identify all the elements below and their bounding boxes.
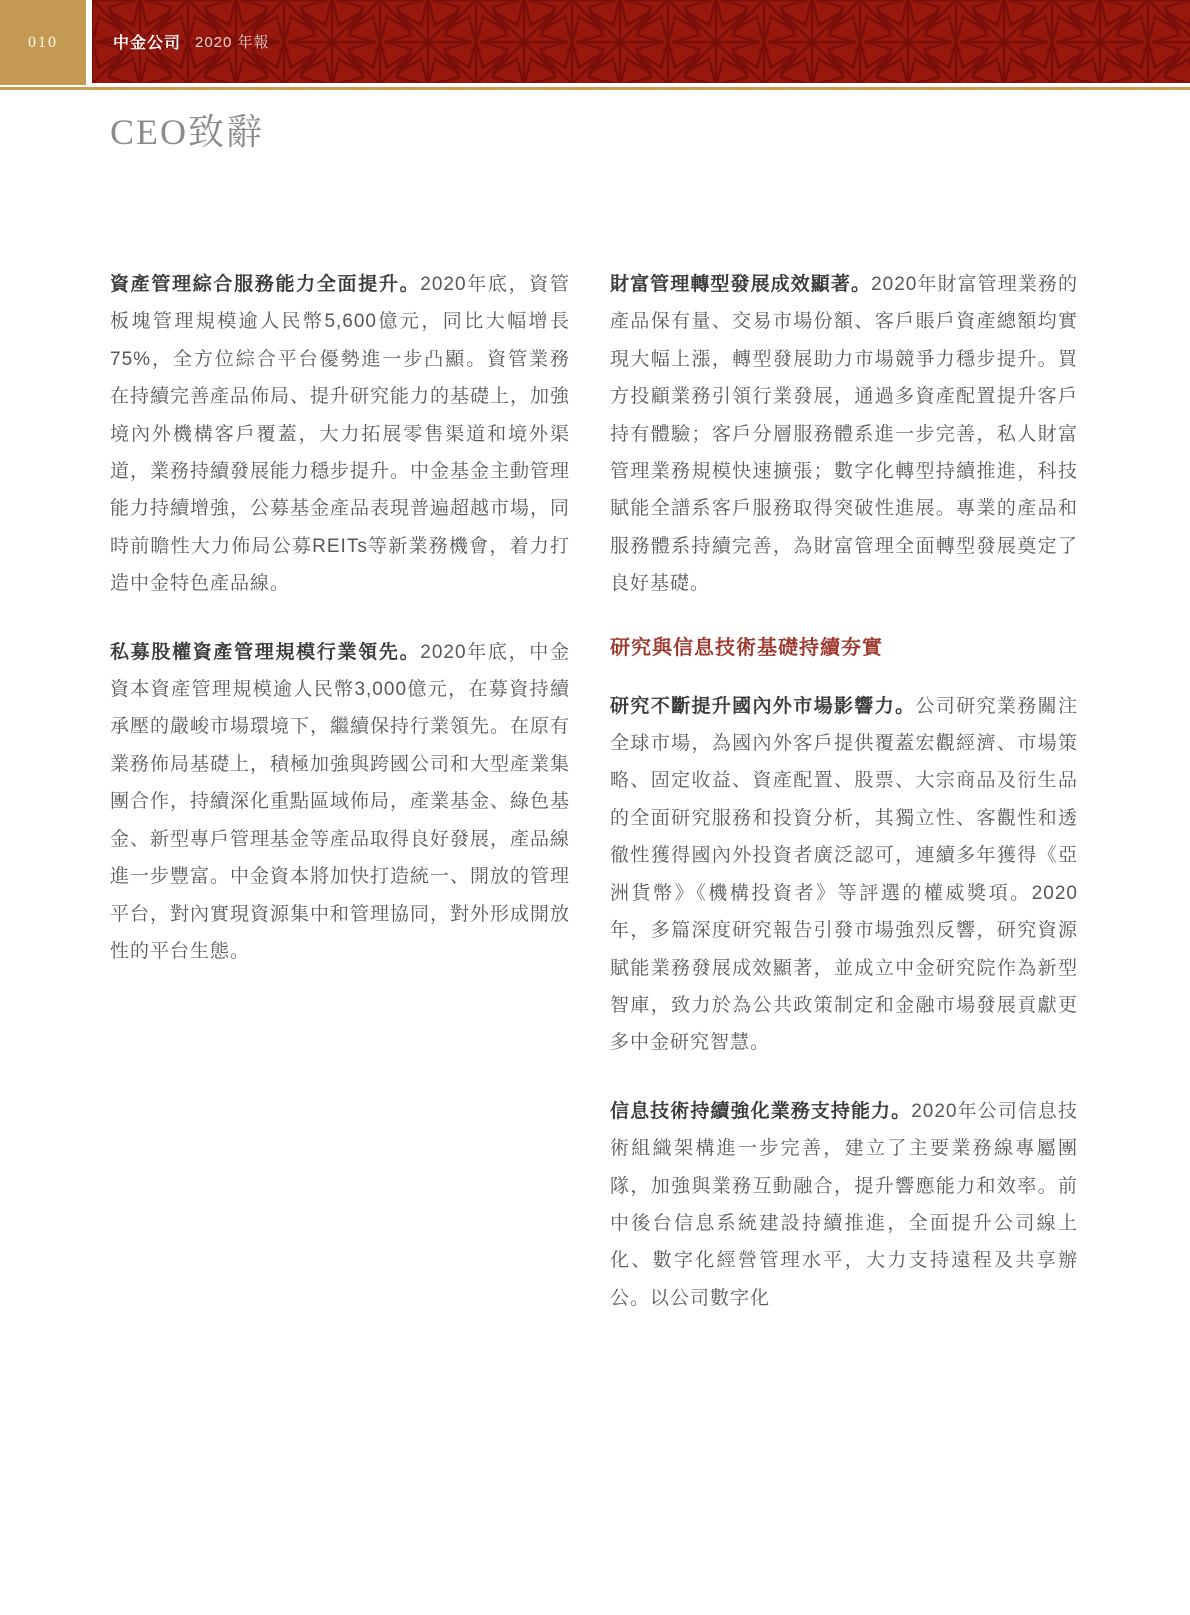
paragraph-body: 公司研究業務關注全球市場，為國內外客戶提供覆蓋宏觀經濟、市場策略、固定收益、資產… — [610, 696, 1078, 1054]
paragraph-body: 2020年底，中金資本資產管理規模逾人民幣3,000億元，在募資持續承壓的嚴峻市… — [110, 642, 570, 962]
header-banner: 中金公司 2020 年報 — [92, 0, 1190, 83]
left-column: 資產管理綜合服務能力全面提升。2020年底，資管板塊管理規模逾人民幣5,600億… — [110, 266, 570, 970]
page-title: CEO致辭 — [110, 104, 264, 155]
paragraph-lead: 資產管理綜合服務能力全面提升。 — [110, 274, 420, 295]
banner-text: 中金公司 2020 年報 — [113, 0, 270, 83]
paragraph-body: 2020年公司信息技術組織架構進一步完善，建立了主要業務線專屬團隊，加強與業務互… — [610, 1101, 1078, 1309]
gold-divider-rule — [0, 87, 1190, 90]
paragraph-lead: 私募股權資產管理規模行業領先。 — [110, 642, 420, 663]
page-number: 010 — [28, 34, 58, 52]
section-heading-research-it: 研究與信息技術基礎持續夯實 — [610, 634, 1078, 662]
paragraph-research: 研究不斷提升國內外市場影響力。公司研究業務關注全球市場，為國內外客戶提供覆蓋宏觀… — [610, 688, 1078, 1062]
paragraph-body: 2020年財富管理業務的產品保有量、交易市場份額、客戶賬戶資產總額均實現大幅上漲… — [610, 274, 1078, 594]
page-number-tab: 010 — [0, 0, 86, 85]
paragraph-asset-management: 資產管理綜合服務能力全面提升。2020年底，資管板塊管理規模逾人民幣5,600億… — [110, 266, 570, 603]
paragraph-lead: 研究不斷提升國內外市場影響力。 — [610, 696, 915, 717]
company-name: 中金公司 — [113, 30, 181, 53]
right-column: 財富管理轉型發展成效顯著。2020年財富管理業務的產品保有量、交易市場份額、客戶… — [610, 266, 1078, 1317]
paragraph-body: 2020年底，資管板塊管理規模逾人民幣5,600億元，同比大幅增長75%，全方位… — [110, 274, 570, 594]
paragraph-wealth-management: 財富管理轉型發展成效顯著。2020年財富管理業務的產品保有量、交易市場份額、客戶… — [610, 266, 1078, 603]
paragraph-information-technology: 信息技術持續強化業務支持能力。2020年公司信息技術組織架構進一步完善，建立了主… — [610, 1093, 1078, 1317]
report-name: 2020 年報 — [195, 31, 270, 52]
paragraph-private-equity: 私募股權資產管理規模行業領先。2020年底，中金資本資產管理規模逾人民幣3,00… — [110, 634, 570, 971]
paragraph-lead: 財富管理轉型發展成效顯著。 — [610, 274, 871, 295]
paragraph-lead: 信息技術持續強化業務支持能力。 — [610, 1101, 911, 1122]
